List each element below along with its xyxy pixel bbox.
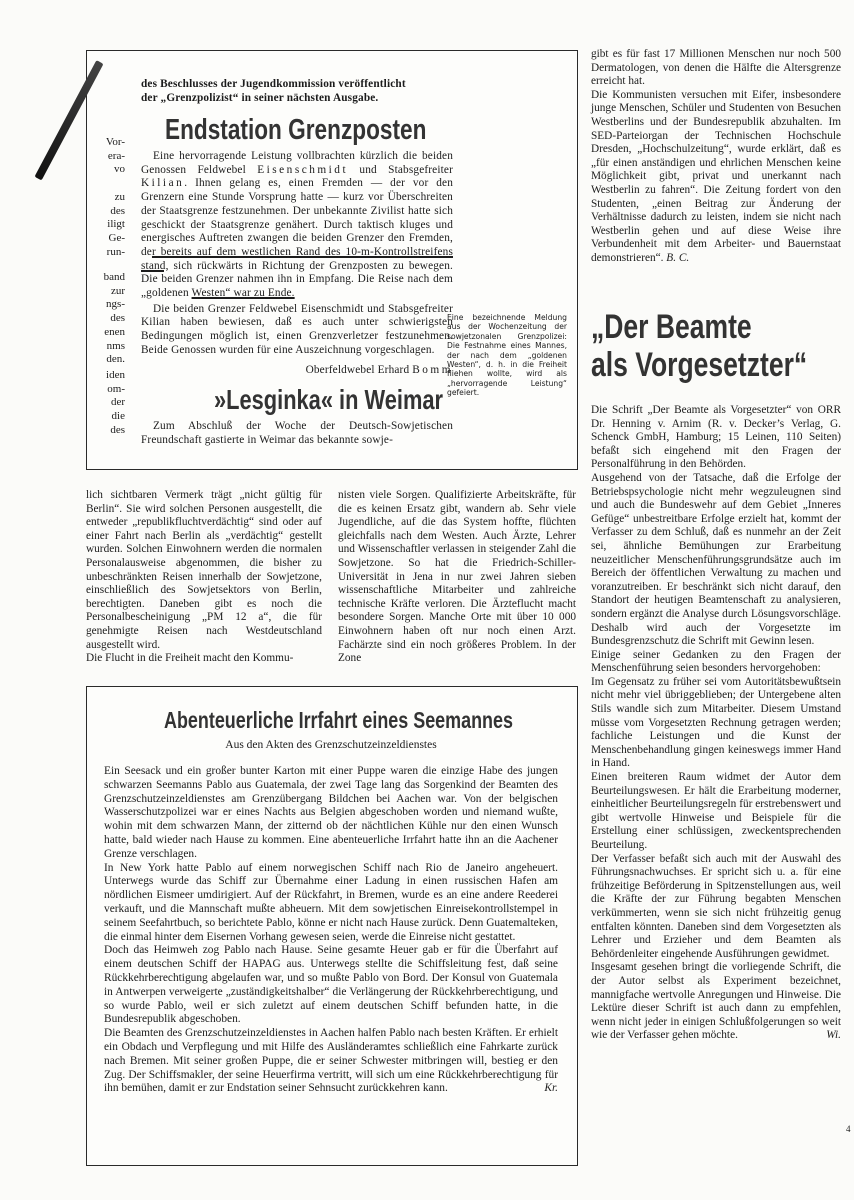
review-p5: Einen breiteren Raum widmet der Autor de… bbox=[591, 771, 841, 853]
margin-fragment: iden bbox=[92, 369, 125, 383]
review-p4: Im Gegensatz zu früher sei vom Autorität… bbox=[591, 676, 841, 771]
middle-col1-p2: Die Flucht in die Freiheit macht den Kom… bbox=[86, 652, 322, 666]
article-lesginka: Zum Abschluß der Woche der Deutsch-Sowje… bbox=[141, 420, 453, 447]
margin-fragment bbox=[92, 177, 125, 191]
margin-fragments-2: band zur ngs- des enen nms den. bbox=[92, 271, 125, 367]
headline-abenteuerliche-irrfahrt: Abenteuerliche Irrfahrt eines Seemannes bbox=[164, 706, 513, 734]
margin-fragment: den. bbox=[92, 353, 125, 367]
clipping-caption: Eine bezeichnende Meldung aus der Wochen… bbox=[447, 313, 567, 398]
margin-fragment: iligt bbox=[92, 218, 125, 232]
seemann-p2: In New York hatte Pablo auf einem norweg… bbox=[104, 862, 558, 945]
margin-fragment: zur bbox=[92, 285, 125, 299]
middle-column-1: lich sichtbaren Vermerk trägt „nicht gül… bbox=[86, 489, 322, 666]
article-lesginka-text: Zum Abschluß der Woche der Deutsch-Sowje… bbox=[141, 420, 453, 447]
margin-fragment: om- bbox=[92, 383, 125, 397]
headline-lesginka-in-weimar: »Lesginka« in Weimar bbox=[214, 383, 443, 417]
headline-der-beamte-line2: als Vorgesetzter“ bbox=[591, 346, 807, 384]
headline-endstation-grenzposten: Endstation Grenzposten bbox=[165, 113, 426, 147]
margin-fragment: Ge- bbox=[92, 232, 125, 246]
middle-column-2: nisten viele Sorgen. Qualifizierte Arbei… bbox=[338, 489, 576, 666]
clipping-intro: des Beschlusses der Jugendkommission ver… bbox=[141, 78, 453, 105]
margin-fragments-3: iden om- der die des bbox=[92, 369, 125, 438]
headline-der-beamte: „Der Beamte als Vorgesetzter“ bbox=[591, 308, 807, 384]
seemann-p3: Doch das Heimweh zog Pablo nach Hause. S… bbox=[104, 944, 558, 1027]
right-top-p1: gibt es für fast 17 Millionen Menschen n… bbox=[591, 48, 841, 89]
headline-der-beamte-line1: „Der Beamte bbox=[591, 308, 807, 346]
margin-fragment: Vor- bbox=[92, 136, 125, 150]
margin-fragment: vo bbox=[92, 163, 125, 177]
article-seemann: Ein Seesack und ein großer bunter Karton… bbox=[104, 765, 558, 1096]
margin-fragment: run- bbox=[92, 246, 125, 260]
margin-fragment: des bbox=[92, 205, 125, 219]
seemann-p1: Ein Seesack und ein großer bunter Karton… bbox=[104, 765, 558, 862]
right-top-p2: Die Kommunisten versuchen mit Eifer, ins… bbox=[591, 89, 841, 266]
article-endstation: Eine hervorragende Leistung vollbrachten… bbox=[141, 150, 453, 377]
right-column-top: gibt es für fast 17 Millionen Menschen n… bbox=[591, 48, 841, 266]
review-p1: Die Schrift „Der Beamte als Vorgesetzter… bbox=[591, 404, 841, 472]
page-number: 4 bbox=[846, 1124, 851, 1134]
review-p6: Der Verfasser befaßt sich auch mit der A… bbox=[591, 853, 841, 962]
margin-fragment: die bbox=[92, 410, 125, 424]
intro-line-1: des Beschlusses der Jugendkommission ver… bbox=[141, 78, 453, 92]
margin-fragment: des bbox=[92, 424, 125, 438]
intro-line-2: der „Grenzpolizist“ in seiner nächsten A… bbox=[141, 92, 453, 106]
margin-fragment: zu bbox=[92, 191, 125, 205]
margin-fragment: enen bbox=[92, 326, 125, 340]
subtitle-grenzschutz: Aus den Akten des Grenzschutzeinzeldiens… bbox=[86, 739, 576, 751]
margin-fragment: nms bbox=[92, 340, 125, 354]
margin-fragment: ngs- bbox=[92, 298, 125, 312]
middle-col2-p1: nisten viele Sorgen. Qualifizierte Arbei… bbox=[338, 489, 576, 666]
article-endstation-p1: Eine hervorragende Leistung vollbrachten… bbox=[141, 150, 453, 301]
article-endstation-signature: Oberfeldwebel Erhard Bomm bbox=[141, 364, 453, 378]
review-p2: Ausgehend von der Tatsache, daß die Erfo… bbox=[591, 472, 841, 649]
margin-fragment: band bbox=[92, 271, 125, 285]
right-column-review: Die Schrift „Der Beamte als Vorgesetzter… bbox=[591, 404, 841, 1043]
article-endstation-p2: Die beiden Grenzer Feldwebel Eisenschmid… bbox=[141, 303, 453, 358]
review-p3: Einige seiner Gedanken zu den Fragen der… bbox=[591, 649, 841, 676]
middle-col1-p1: lich sichtbaren Vermerk trägt „nicht gül… bbox=[86, 489, 322, 652]
margin-fragments-1: Vor- era- vo zu des iligt Ge- run- bbox=[92, 136, 125, 259]
margin-fragment: der bbox=[92, 396, 125, 410]
margin-fragment: era- bbox=[92, 150, 125, 164]
margin-fragment: des bbox=[92, 312, 125, 326]
